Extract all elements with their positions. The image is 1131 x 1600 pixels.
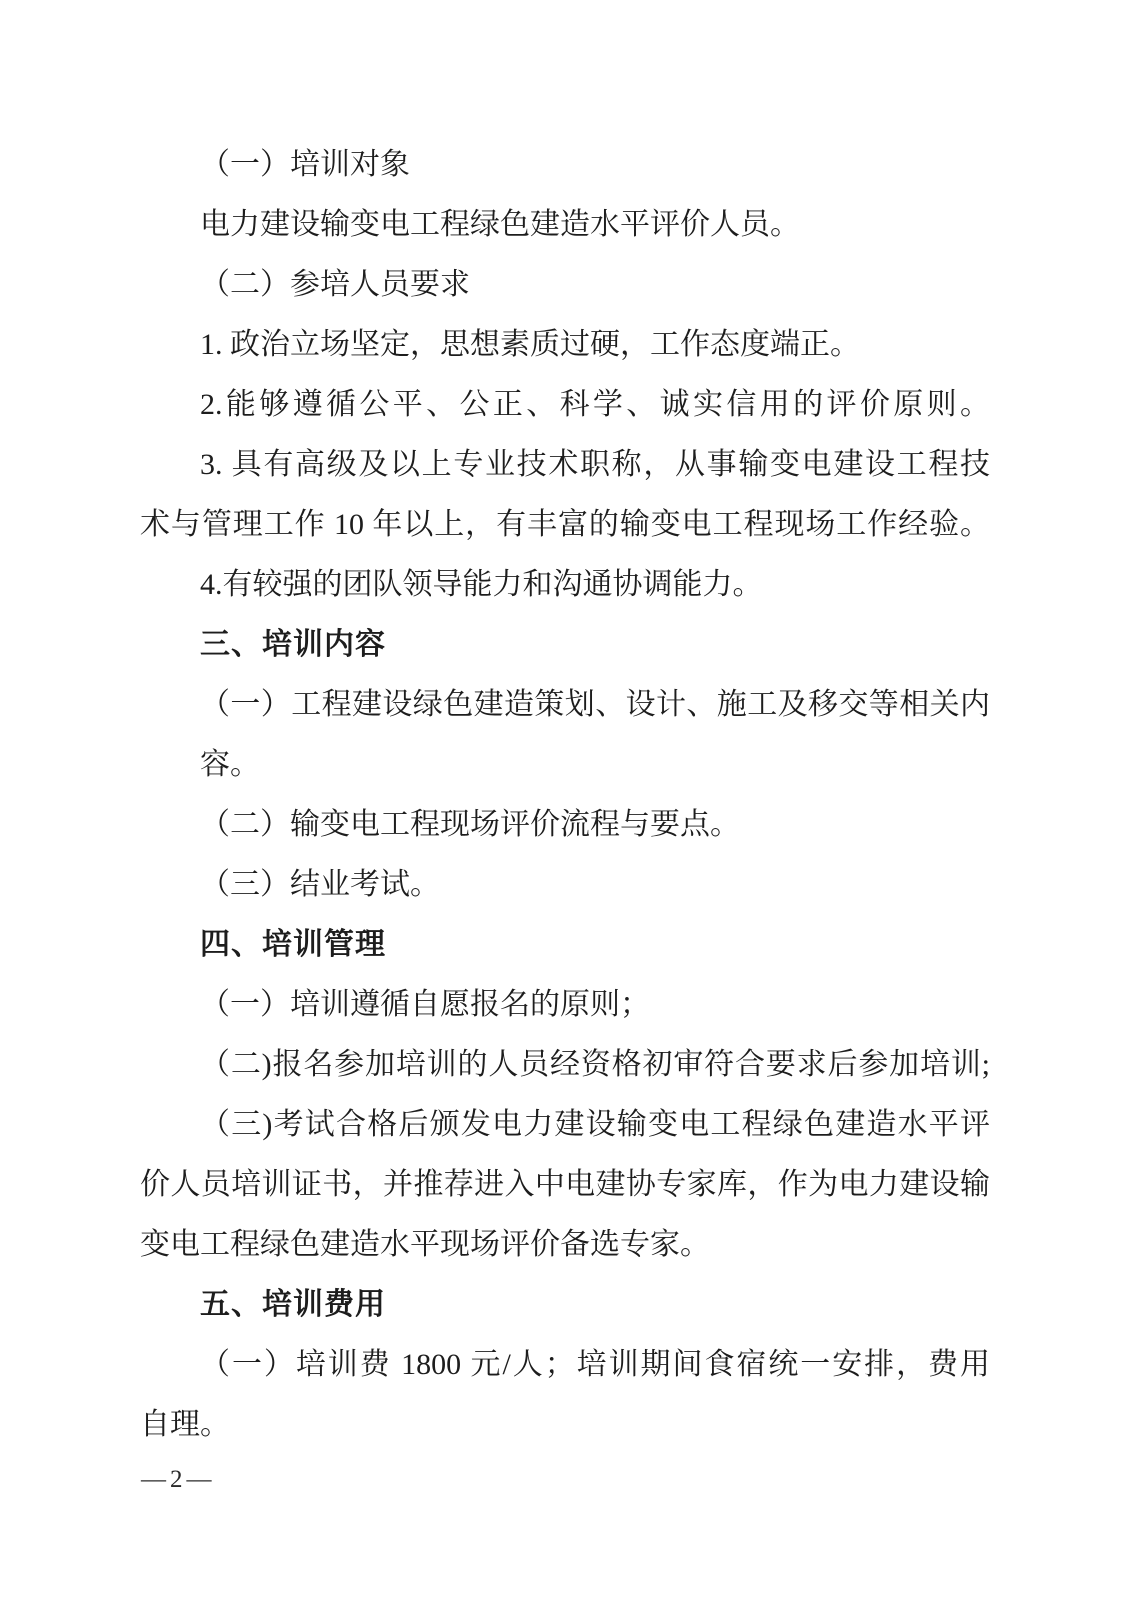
doc-line: （一）工程建设绿色建造策划、设计、施工及移交等相关内 — [140, 675, 990, 735]
document-page: （一）培训对象 电力建设输变电工程绿色建造水平评价人员。 （二）参培人员要求 1… — [0, 0, 1131, 1600]
document-text: （一）培训对象 电力建设输变电工程绿色建造水平评价人员。 （二）参培人员要求 1… — [140, 135, 990, 1455]
doc-line: 容。 — [140, 735, 990, 795]
doc-line: （二）输变电工程现场评价流程与要点。 — [140, 795, 990, 855]
doc-line: 术与管理工作 10 年以上，有丰富的输变电工程现场工作经验。 — [140, 495, 990, 555]
doc-line: 2.能够遵循公平、公正、科学、诚实信用的评价原则。 — [140, 375, 990, 435]
doc-line: （二）参培人员要求 — [140, 255, 990, 315]
doc-line: 电力建设输变电工程绿色建造水平评价人员。 — [140, 195, 990, 255]
doc-line: 变电工程绿色建造水平现场评价备选专家。 — [140, 1215, 990, 1275]
doc-line: （一）培训费 1800 元/人；培训期间食宿统一安排，费用 — [140, 1335, 990, 1395]
doc-line: （三)考试合格后颁发电力建设输变电工程绿色建造水平评 — [140, 1095, 990, 1155]
doc-line: （一）培训对象 — [140, 135, 990, 195]
doc-line: （三）结业考试。 — [140, 855, 990, 915]
page-number: —2— — [141, 1462, 216, 1498]
section-heading-training-fee: 五、培训费用 — [140, 1275, 990, 1335]
doc-line: （二)报名参加培训的人员经资格初审符合要求后参加培训; — [140, 1035, 990, 1095]
doc-line: 4.有较强的团队领导能力和沟通协调能力。 — [140, 555, 990, 615]
section-heading-training-content: 三、培训内容 — [140, 615, 990, 675]
doc-line: 1. 政治立场坚定，思想素质过硬，工作态度端正。 — [140, 315, 990, 375]
doc-line: 价人员培训证书，并推荐进入中电建协专家库，作为电力建设输 — [140, 1155, 990, 1215]
doc-line: （一）培训遵循自愿报名的原则； — [140, 975, 990, 1035]
section-heading-training-management: 四、培训管理 — [140, 915, 990, 975]
doc-line: 3. 具有高级及以上专业技术职称，从事输变电建设工程技 — [140, 435, 990, 495]
doc-line: 自理。 — [140, 1395, 990, 1455]
